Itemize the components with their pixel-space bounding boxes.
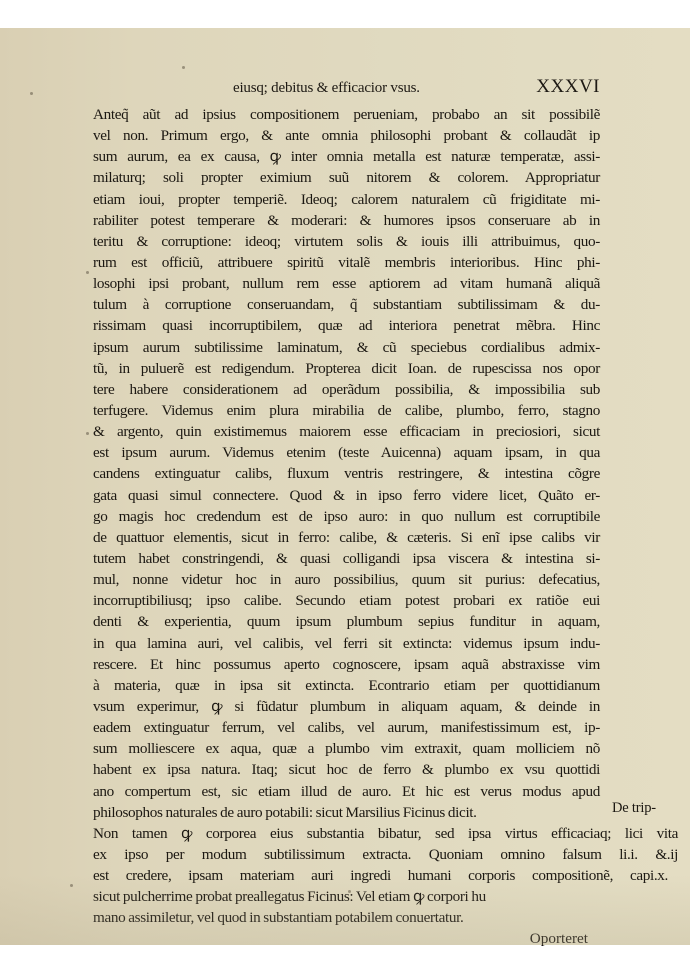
text-line: rissimam quasi incorruptibilem, quæ ad i… bbox=[93, 315, 600, 336]
text-line: & argento, quin existimemus maiorem esse… bbox=[93, 421, 600, 442]
text-line: est credere, ipsam materiam auri ingredi… bbox=[93, 865, 668, 886]
ink-speck bbox=[348, 890, 351, 893]
text-line: incorruptibiliusq; ipso calibe. Secundo … bbox=[93, 590, 600, 611]
text-line: ano compertum est, sic etiam illud de au… bbox=[93, 781, 600, 802]
ink-speck bbox=[182, 66, 185, 69]
text-line: teritu & corruptione: ideoq; virtutem so… bbox=[93, 231, 600, 252]
text-line: tere habere considerationem ad operãdum … bbox=[93, 379, 600, 400]
text-line: tũ, in puluerẽ est redigendum. Propterea… bbox=[93, 358, 600, 379]
text-line: tutem habet constringendi, & quasi colli… bbox=[93, 548, 600, 569]
text-line: in qua lamina auri, vel calibis, vel fer… bbox=[93, 633, 600, 654]
text-line: mul, nonne videtur hoc in auro possibili… bbox=[93, 569, 600, 590]
text-line: Non tamen ꝙ corporea eius substantia bib… bbox=[93, 823, 678, 844]
catchword-row: Oporteret bbox=[93, 928, 600, 949]
text-line: Anteq̃ aũt ad ipsius compositionem perue… bbox=[93, 104, 600, 125]
text-line: sum aurum, ea ex causa, ꝙ inter omnia me… bbox=[93, 146, 600, 167]
text-line: ipsum aurum subtilissime laminatum, & cũ… bbox=[93, 337, 600, 358]
book-page-scan: eiusq; debitus & efficacior vsus. XXXVI … bbox=[0, 28, 690, 945]
text-line: rabiliter potest temperare & moderari: &… bbox=[93, 210, 600, 231]
text-line: philosophos naturales de auro potabili: … bbox=[93, 802, 600, 823]
text-line: denti & experientia, quum ipsum plumbum … bbox=[93, 611, 600, 632]
text-line: rescere. Et hinc possumus aperto cognosc… bbox=[93, 654, 600, 675]
folio-number: XXXVI bbox=[536, 76, 600, 98]
running-head: eiusq; debitus & efficacior vsus. XXXVI bbox=[93, 78, 600, 102]
catchword: Oporteret bbox=[530, 930, 588, 947]
text-line: candens extinguatur calibs, fluxum ventr… bbox=[93, 463, 600, 484]
text-line: etiam ioui, propter temperiẽ. Ideoq; cal… bbox=[93, 189, 600, 210]
body-text: Anteq̃ aũt ad ipsius compositionem perue… bbox=[93, 104, 600, 949]
text-line: terfugere. Videmus enim plura mirabilia … bbox=[93, 400, 600, 421]
text-line: milaturq; soli propter eximium suũ nitor… bbox=[93, 167, 600, 188]
text-line: sicut pulcherrime probat preallegatus Fi… bbox=[93, 886, 600, 907]
text-line: sum molliescere ex aqua, quæ a plumbo vi… bbox=[93, 738, 600, 759]
text-line: à materia, quæ in ipsa sit extincta. Eco… bbox=[93, 675, 600, 696]
ink-speck bbox=[70, 884, 73, 887]
text-line: eadem extinguatur ferrum, vel calibs, ve… bbox=[93, 717, 600, 738]
ink-speck bbox=[86, 271, 89, 274]
text-line: vel non. Primum ergo, & ante omnia philo… bbox=[93, 125, 600, 146]
margin-note: De trip- bbox=[612, 798, 690, 819]
text-line: mano assimiletur, vel quod in substantia… bbox=[93, 907, 600, 928]
text-line: de quattuor elementis, sicut in ferro: c… bbox=[93, 527, 600, 548]
text-line: vsum experimur, ꝙ si fũdatur plumbum in … bbox=[93, 696, 600, 717]
text-line: go magis hoc credendum est de ipso auro:… bbox=[93, 506, 600, 527]
text-line: tulum à corruptione conseruandam, q̃ sub… bbox=[93, 294, 600, 315]
ink-speck bbox=[86, 432, 89, 435]
running-head-title: eiusq; debitus & efficacior vsus. bbox=[233, 80, 420, 97]
text-line: gata quasi simul connectere. Quod & in i… bbox=[93, 485, 600, 506]
ink-speck bbox=[30, 92, 33, 95]
text-line: est ipsum aurum. Videmus etenim (teste A… bbox=[93, 442, 600, 463]
text-line: ex ipso per modum subtilissimum extracta… bbox=[93, 844, 678, 865]
text-line: habent ex ipsa natura. Itaq; sicut hoc d… bbox=[93, 759, 600, 780]
text-line: losophi ipsi probant, nullum rem esse ap… bbox=[93, 273, 600, 294]
text-line: rum est officiũ, attribuere spiritũ vita… bbox=[93, 252, 600, 273]
